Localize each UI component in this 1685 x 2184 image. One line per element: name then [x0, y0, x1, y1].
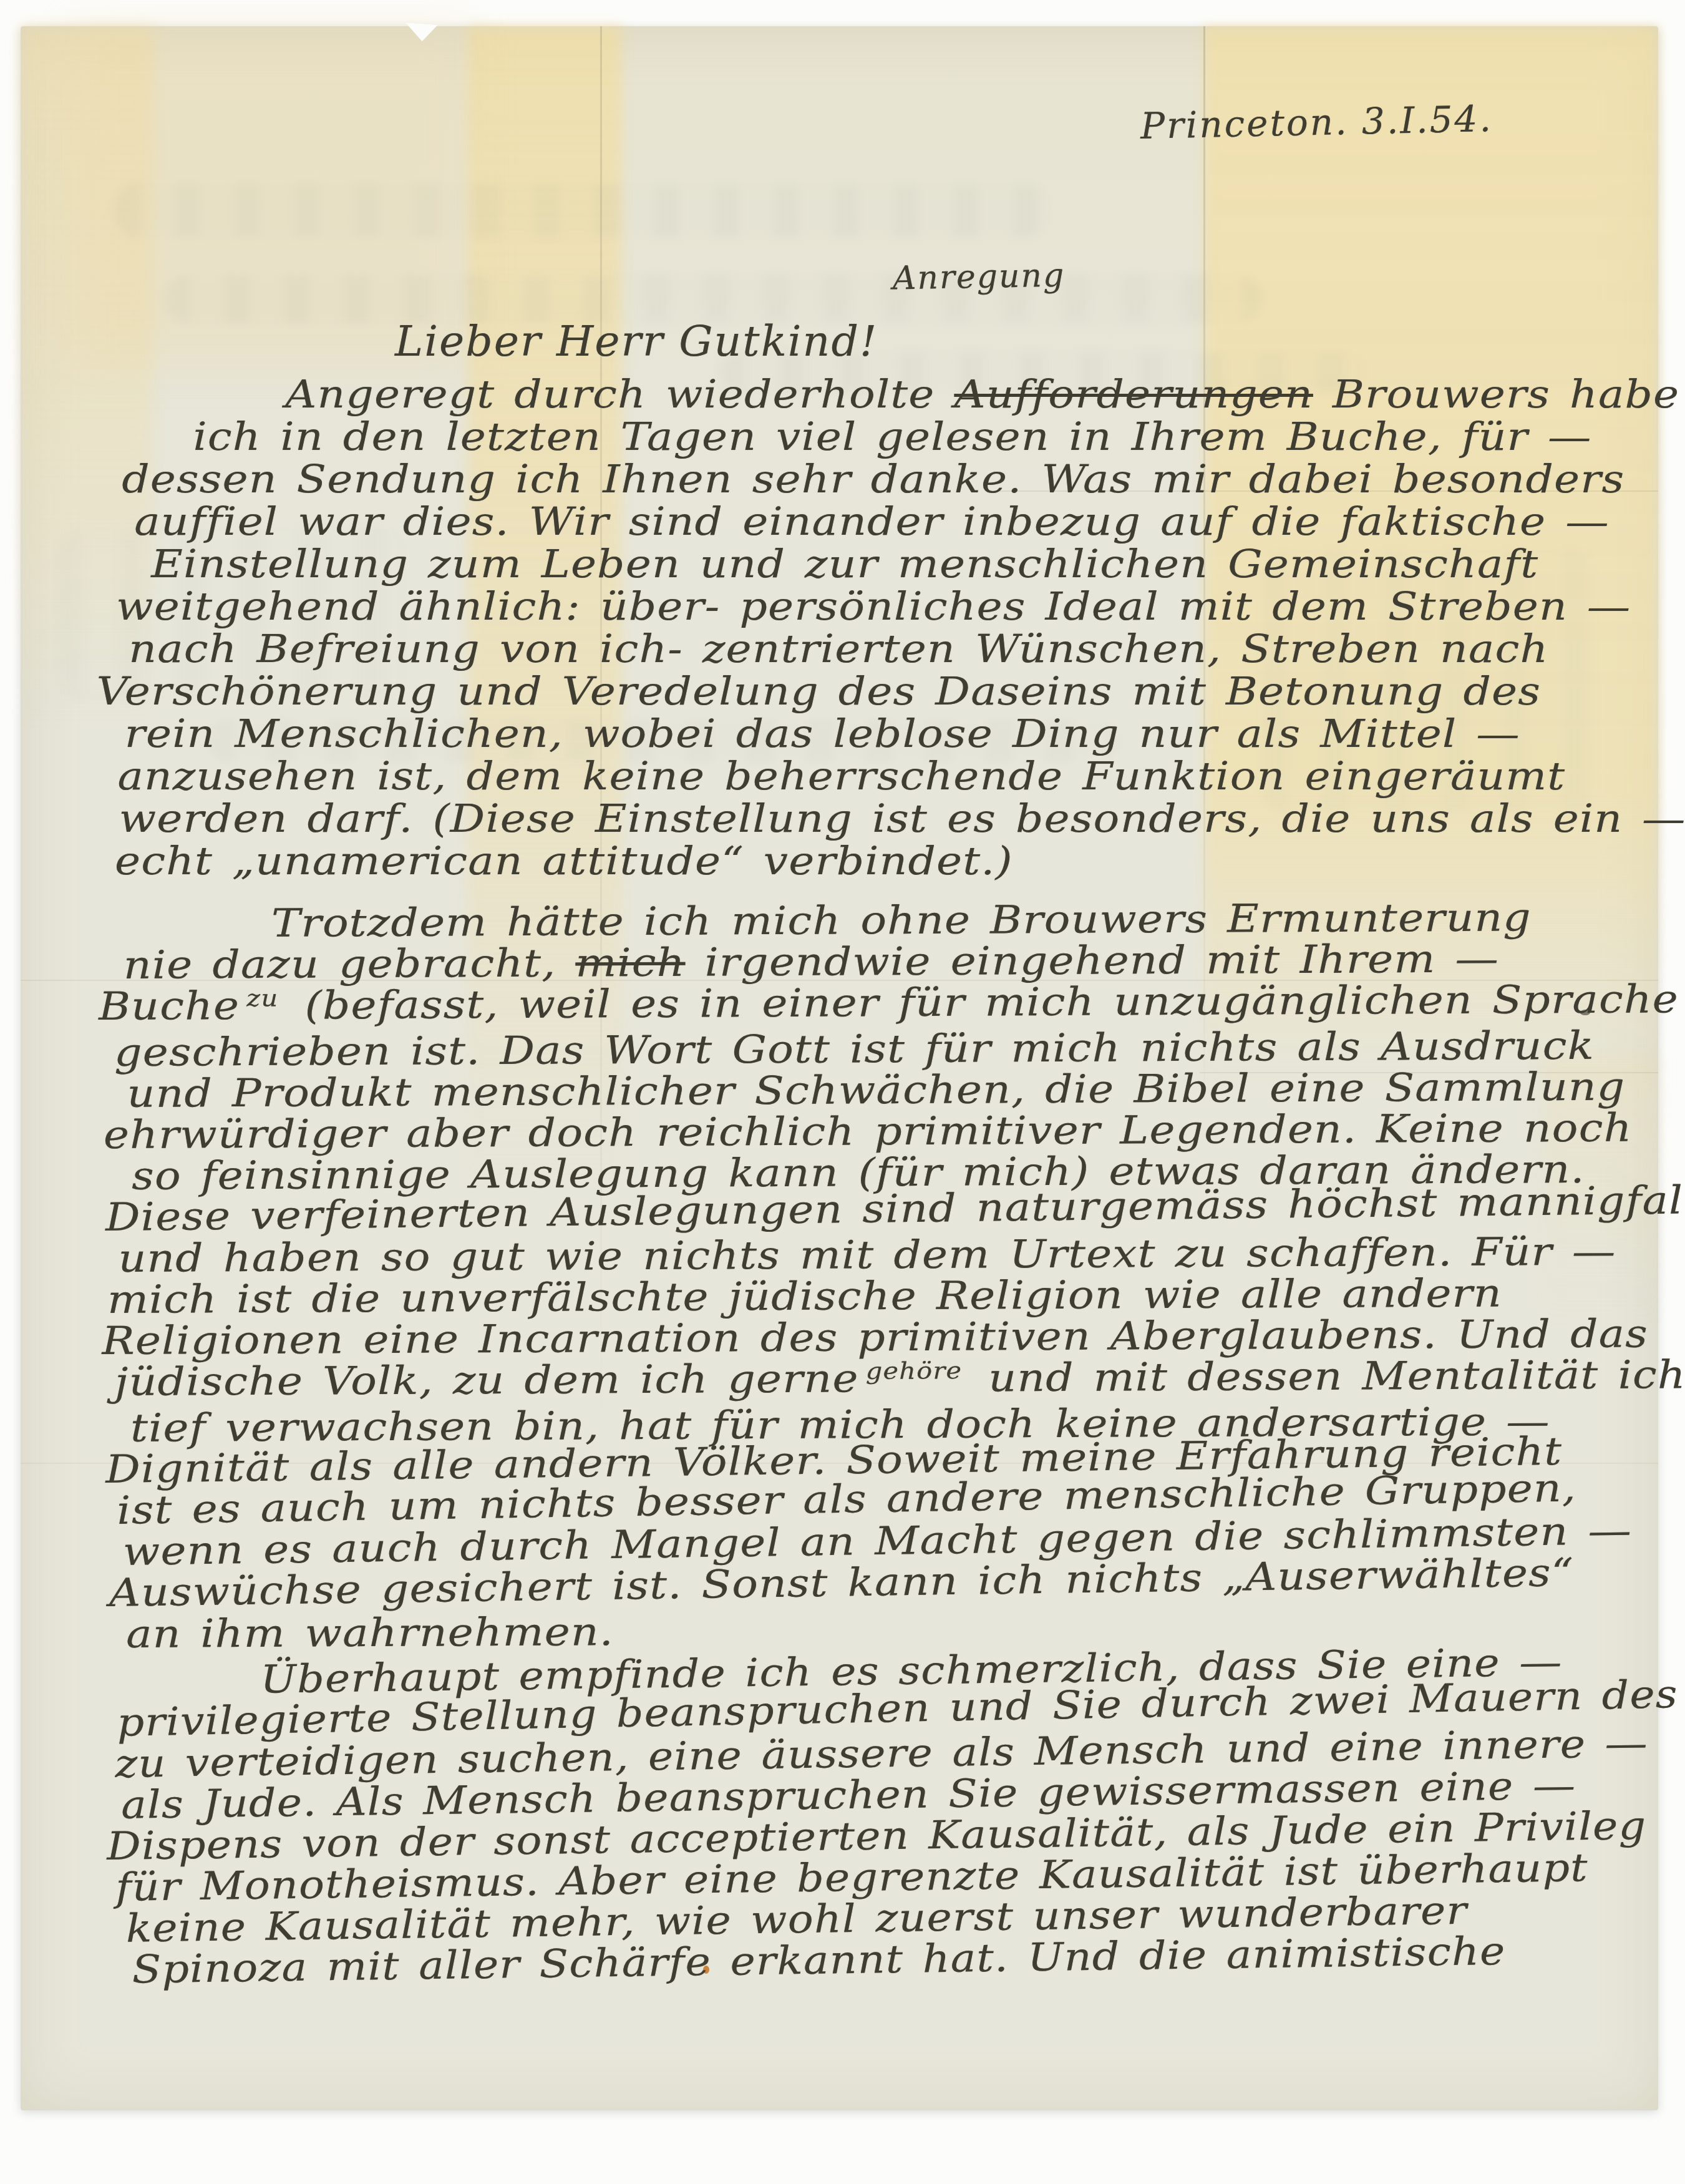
line-segment: (befasst, weil es in einer für mich unzu… [285, 976, 1679, 1028]
letter-salutation: Lieber Herr Gutkind! [395, 317, 878, 366]
paper-edge-tear [404, 22, 438, 42]
letter-line: rein Menschlichen, wobei das leblose Din… [125, 713, 1619, 755]
letter-line: Verschönerung und Veredelung des Daseins… [97, 670, 1618, 713]
letter-paper-sheet: Princeton. 3.I.54. Lieber Herr Gutkind! … [21, 26, 1658, 2110]
letter-line: auffiel war dies. Wir sind einander inbe… [134, 500, 1618, 543]
letter-line: ich in den letzten Tagen viel gelesen in… [193, 416, 1618, 458]
letter-paragraph-3: Überhaupt empfinde ich es schmerzlich, d… [109, 1641, 1596, 1991]
letter-date: Princeton. 3.I.54. [1140, 97, 1493, 147]
inserted-word-above-line: Anregung [892, 257, 1065, 298]
letter-line: Angeregt durch wiederholte Aufforderunge… [285, 373, 1618, 416]
paper-discoloration-topleft [70, 26, 470, 363]
letter-line: nach Befreiung von ich- zentrierten Wüns… [129, 628, 1618, 670]
line-segment: nie dazu gebracht, [124, 940, 576, 988]
line-segment: Brouwers habe [1313, 371, 1679, 417]
line-segment: Angeregt durch wiederholte [285, 371, 954, 417]
inserted-word-above-line: zu [246, 977, 278, 1018]
letter-paragraph-1: Angeregt durch wiederholte Aufforderunge… [109, 373, 1618, 882]
line-segment: jüdische Volk, zu dem ich gerne [115, 1355, 859, 1405]
letter-line: echt „unamerican attitude“ verbindet.) [115, 840, 1618, 882]
letter-line: anzusehen ist, dem keine beherrschende F… [117, 755, 1618, 797]
inserted-word-above-line: gehöre [865, 1350, 962, 1392]
letter-line: dessen Sendung ich Ihnen sehr danke. Was… [122, 458, 1618, 500]
letter-paragraph-2: Trotzdem hätte ich mich ohne Brouwers Er… [109, 897, 1623, 1655]
letter-line: Einstellung zum Leben und zur menschlich… [151, 543, 1618, 585]
letter-line: werden darf. (Diese Einstellung ist es b… [119, 797, 1619, 840]
ink-bleedthrough [164, 275, 1262, 323]
line-segment: und mit dessen Mentalität ich [969, 1352, 1685, 1400]
struck-word: mich [575, 940, 686, 986]
line-segment: Buche [99, 983, 240, 1029]
letter-line: weitgehend ähnlich: über- persönliches I… [116, 585, 1618, 628]
ink-bleedthrough [114, 183, 1050, 237]
scanned-letter-page: Princeton. 3.I.54. Lieber Herr Gutkind! … [0, 0, 1685, 2184]
struck-word: Aufforderungen [954, 371, 1313, 417]
